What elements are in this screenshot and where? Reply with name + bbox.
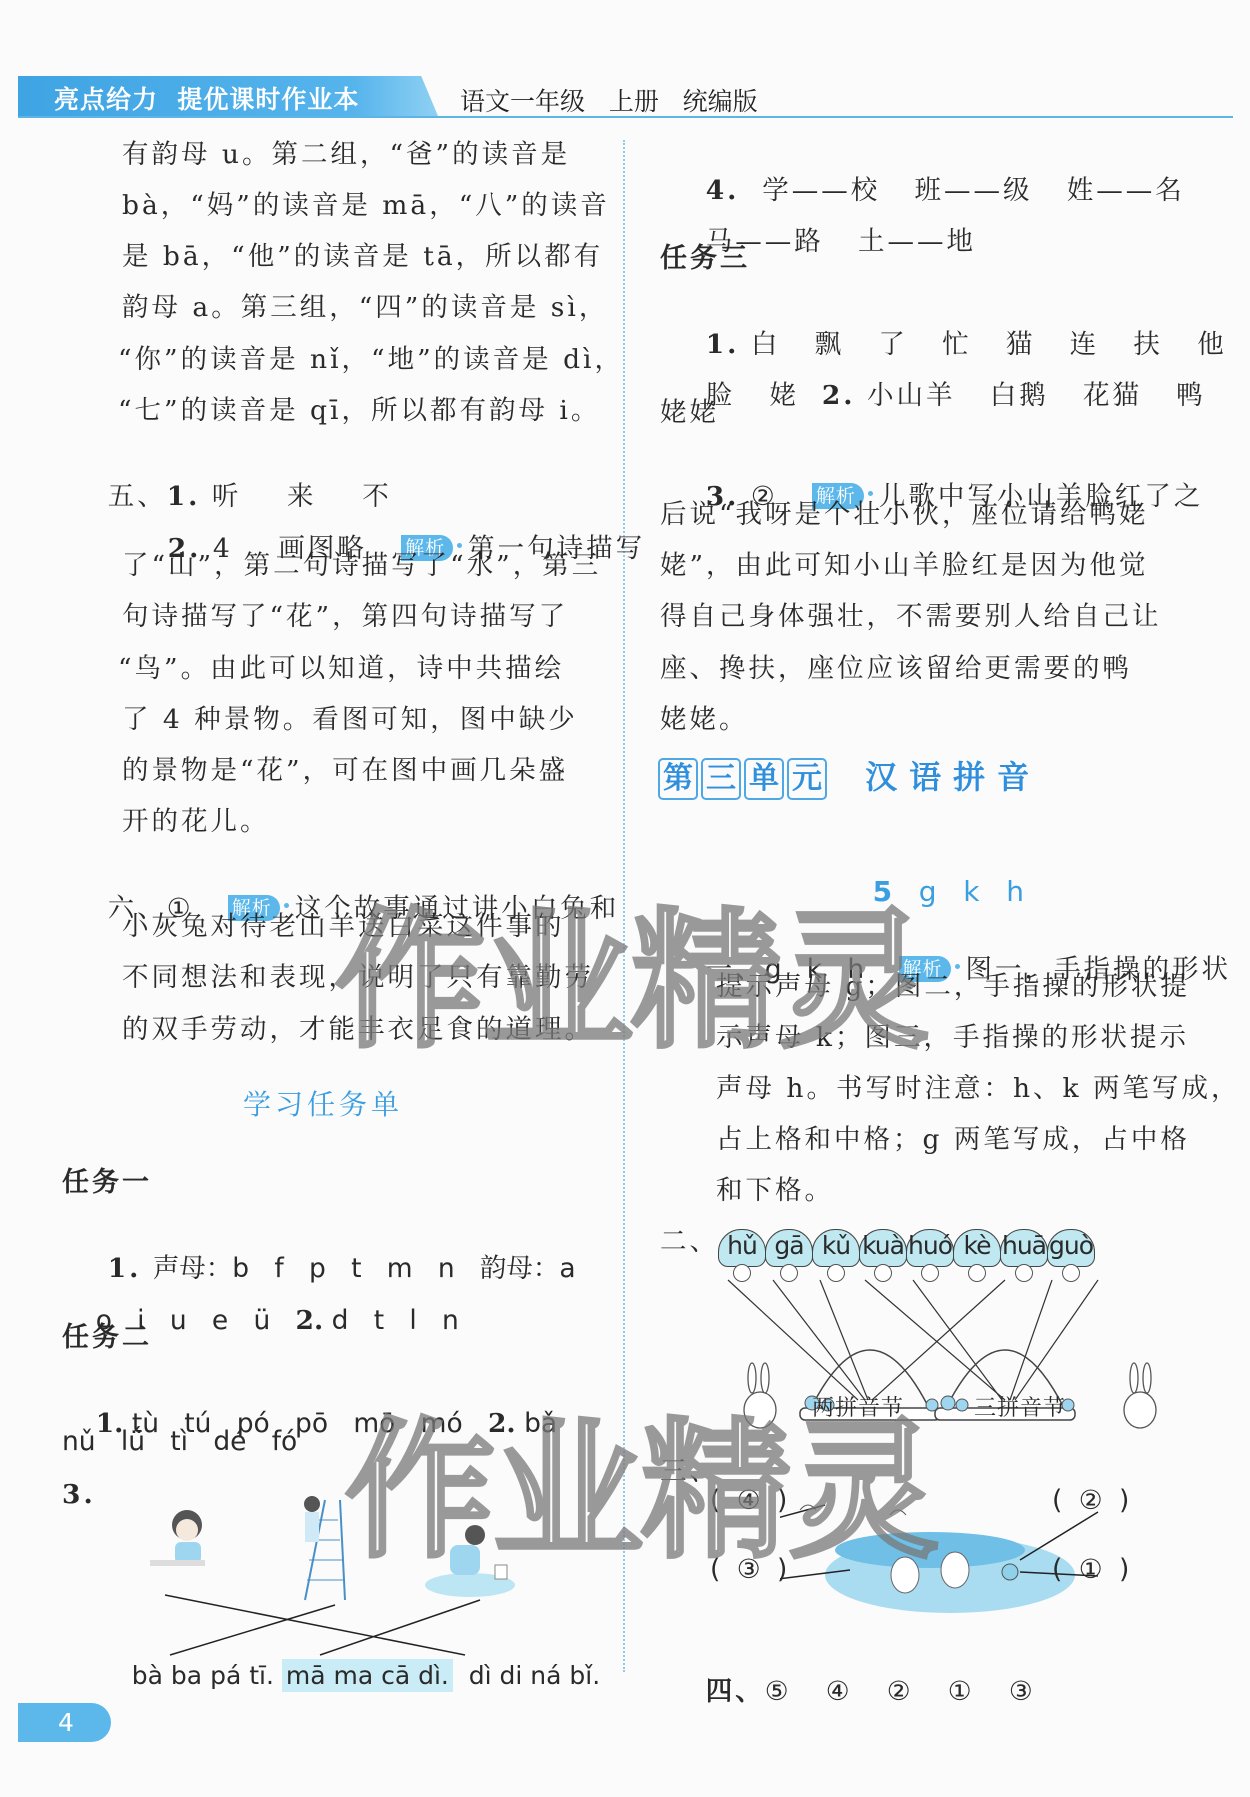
badge-dot-icon (284, 903, 289, 908)
badge-dot-icon (457, 543, 462, 548)
answer: 小山羊 白鹅 花猫 鸭 (867, 380, 1206, 411)
sentence-3: dì di ná bǐ. (469, 1661, 600, 1690)
answer: ⑤ ④ ② ① ③ (765, 1676, 1036, 1707)
mushroom-syllable: huā (1000, 1229, 1048, 1267)
basket-label-two-part: 两拼音节 (812, 1391, 904, 1422)
lesson-letters: g k h (919, 875, 1024, 908)
study-sheet-title: 学习任务单 (243, 1088, 403, 1122)
text-line: “鸟”。由此可以知道，诗中共描绘 (118, 652, 564, 686)
item-number: 2. (296, 1305, 324, 1336)
question-6: 六、① 解析这个故事通过讲小白兔和 (62, 858, 619, 960)
item-number: 2. (822, 380, 856, 411)
unit-box: 第 (658, 758, 698, 800)
series-banner: 亮点给力 提优课时作业本 (18, 76, 438, 116)
page-number: 4 (58, 1708, 74, 1737)
series-title: 亮点给力 提优课时作业本 (54, 80, 359, 116)
text-line: “你”的读音是 nǐ，“地”的读音是 dì， (118, 343, 624, 377)
text-line: 提示声母 g；图二，手指操的形状提 (716, 970, 1190, 1004)
word-part: 级 (1003, 175, 1033, 206)
mushroom-stem-icon (733, 1264, 751, 1282)
task-2-line-2: nǔ lǘ tì dé fó (62, 1425, 297, 1459)
mushroom-stem-icon (1062, 1264, 1080, 1282)
mushroom-syllable: kè (953, 1229, 1001, 1267)
badge-dot-icon (955, 964, 960, 969)
text-line: “七”的读音是 qī，所以都有韵母 i。 (118, 394, 600, 428)
text-line: 姥”，由此可知小山羊脸红是因为他觉 (660, 549, 1149, 583)
mushroom-stem-icon (827, 1264, 845, 1282)
text-line: 的景物是“花”，可在图中画几朵盛 (122, 754, 568, 788)
sentence-2: mā ma cā dì. (282, 1659, 453, 1692)
unit-heading: 第三单元 汉语拼音 (658, 752, 1041, 800)
label-3: ( ③ ) (710, 1553, 791, 1587)
mushroom-syllable: huó (906, 1229, 954, 1267)
unit-title: 汉语拼音 (865, 758, 1041, 796)
text-line: 声母 h。书写时注意：h、k 两笔写成， (716, 1072, 1241, 1106)
basket-label-three-part: 三拼音节 (974, 1391, 1066, 1422)
task-2-heading: 任务二 (62, 1321, 152, 1355)
badge-dot-icon (868, 491, 873, 496)
mushroom-syllable: guò (1047, 1229, 1095, 1267)
question-marker: 四、 (706, 1676, 765, 1707)
mushroom-stem-icon (874, 1264, 892, 1282)
matching-sentences: bà ba pá tī. mā ma cā dì. dì di ná bǐ. (100, 1625, 600, 1727)
text-line: bà，“妈”的读音是 mā，“八”的读音 (122, 189, 610, 223)
unit-box: 元 (787, 758, 827, 800)
mushroom-stem-icon (780, 1264, 798, 1282)
book-info: 语文一年级 上册 统编版 (460, 82, 758, 118)
boy-writing-icon (150, 1510, 205, 1566)
answer: 脸 姥 (706, 380, 799, 411)
task-3-heading: 任务三 (660, 242, 750, 276)
answer: d t l n (332, 1305, 459, 1336)
text-line: 小灰兔对待老山羊送白菜这件事的 (122, 910, 565, 944)
lesson-number: 5 (873, 875, 892, 908)
item-number: 2. (488, 1408, 516, 1439)
page-number-tab: 4 (18, 1703, 111, 1742)
text-line: 开的花儿。 (122, 805, 270, 839)
word-part: 路 (794, 226, 824, 257)
text-line: 有韵母 u。第二组，“爸”的读音是 (122, 138, 570, 172)
mushroom-syllable: gā (765, 1229, 813, 1267)
text-line: 是 bā，“他”的读音是 tā，所以都有 (122, 240, 603, 274)
text-line: 了 4 种景物。看图可知，图中缺少 (122, 703, 578, 737)
task-1-heading: 任务一 (62, 1166, 152, 1200)
task-3-line-3: 姥姥 (660, 396, 719, 430)
text-line: 的双手劳动，才能丰衣足食的道理。 (122, 1013, 594, 1047)
text-line: 示声母 k；图三，手指操的形状提示 (716, 1021, 1189, 1055)
text-line: 了“山”，第二句诗描写了“水”，第三 (122, 549, 601, 583)
label-4: ( ④ ) (710, 1484, 791, 1518)
task-2-line-1: 1. tù tú pó pō mō mó 2. bǎ (62, 1373, 557, 1475)
mushroom-syllable: kǔ (812, 1229, 860, 1267)
mushroom-stem-icon (968, 1264, 986, 1282)
text-line: 后说“我呀是个壮小伙，座位请给鸭姥 (660, 498, 1149, 532)
mushroom-stem-icon (1015, 1264, 1033, 1282)
text-line: 和下格。 (716, 1174, 834, 1208)
text-line: 韵母 a。第三组，“四”的读音是 sì， (122, 291, 608, 325)
man-on-ladder-icon (304, 1496, 345, 1600)
mushroom-stem-icon (921, 1264, 939, 1282)
word-part: 地 (946, 226, 976, 257)
word-part: 土 (858, 226, 888, 257)
word-part: 名 (1155, 175, 1185, 206)
text-line: 姥姥。 (660, 703, 749, 737)
basket-sorting-illustration (700, 1260, 1220, 1430)
text-line: 座、搀扶，座位应该留给更需要的鸭 (660, 652, 1132, 686)
task-3-line-2: 脸 姥 2. 小山羊 白鹅 花猫 鸭 (660, 345, 1206, 447)
task-2-q3-number: 3. (62, 1478, 96, 1512)
boy-mopping-icon (425, 1525, 515, 1597)
sentence-1: bà ba pá tī. (132, 1661, 274, 1690)
unit-box: 三 (701, 758, 741, 800)
text-line: 占上格和中格；g 两笔写成，占中格 (716, 1123, 1190, 1157)
unit-box: 单 (744, 758, 784, 800)
label-1: ( ① ) (1052, 1553, 1133, 1587)
lesson-q4: 四、⑤ ④ ② ① ③ (660, 1641, 1036, 1743)
label-2: ( ② ) (1052, 1484, 1133, 1518)
word-part: 姓 (1067, 175, 1097, 206)
task-3-q3: 3. ② 解析儿歌中写小山羊脸红了之 (660, 446, 1203, 548)
header-rule (18, 116, 1233, 118)
text-line: 句诗描写了“花”，第四句诗描写了 (122, 600, 568, 634)
answer: bǎ (524, 1408, 557, 1439)
question-marker: 二、 (660, 1225, 719, 1259)
text-line: 得自己身体强壮，不需要别人给自己让 (660, 600, 1162, 634)
text-line: 不同想法和表现，说明了只有靠勤劳 (122, 961, 594, 995)
mushroom-syllable: hǔ (718, 1229, 766, 1267)
mushroom-syllable: kuà (859, 1229, 907, 1267)
